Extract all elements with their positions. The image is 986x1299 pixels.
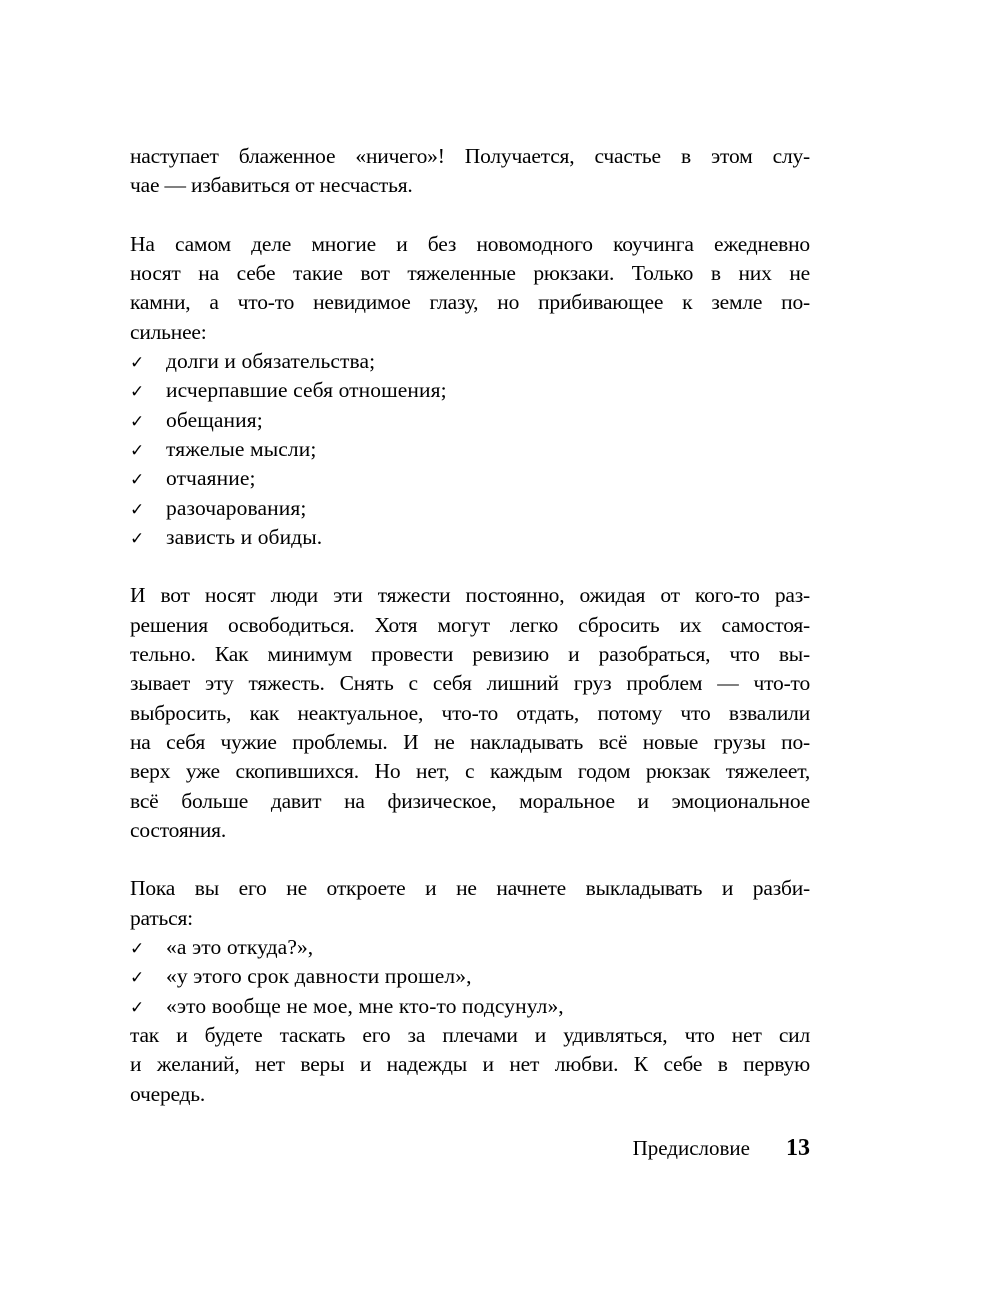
text-line: чае — избавиться от несчастья. [130, 171, 810, 200]
checkmark-icon: ✓ [130, 408, 166, 437]
page-footer: Предисловие 13 [633, 1135, 810, 1162]
list-item-text: зависть и обиды. [166, 523, 322, 552]
list-item-text: «это вообще не мое, мне кто-то подсунул»… [166, 992, 564, 1021]
checkmark-icon: ✓ [130, 994, 166, 1023]
checkmark-icon: ✓ [130, 964, 166, 993]
text-line: выбросить, как неактуальное, что-то отда… [130, 699, 810, 728]
text-line: сильнее: [130, 318, 810, 347]
paragraph-2: На самом деле многие и без новомодного к… [130, 230, 810, 347]
text-line: раться: [130, 904, 810, 933]
checkmark-icon: ✓ [130, 466, 166, 495]
running-head: Предисловие [633, 1136, 750, 1161]
checkmark-icon: ✓ [130, 935, 166, 964]
page-number: 13 [786, 1135, 810, 1162]
checkmark-icon: ✓ [130, 496, 166, 525]
list-item: ✓ долги и обязательства; [130, 347, 810, 376]
paragraph-4-continuation: так и будете таскать его за плечами и уд… [130, 1021, 810, 1109]
list-item: ✓ «а это откуда?», [130, 933, 810, 962]
paragraph-4: Пока вы его не откроете и не начнете вык… [130, 874, 810, 933]
list-item: ✓ тяжелые мысли; [130, 435, 810, 464]
text-line: камни, а что-то невидимое глазу, но приб… [130, 288, 810, 317]
list-item-text: отчаяние; [166, 464, 256, 493]
list-item: ✓ отчаяние; [130, 464, 810, 493]
text-line: очередь. [130, 1080, 810, 1109]
book-page-body: наступает блаженное «ничего»! Получается… [130, 142, 810, 1109]
list-item: ✓ разочарования; [130, 494, 810, 523]
list-item: ✓ «это вообще не мое, мне кто-то подсуну… [130, 992, 810, 1021]
list-item: ✓ исчерпавшие себя отношения; [130, 376, 810, 405]
checkmark-icon: ✓ [130, 378, 166, 407]
list-item: ✓ «у этого срок давности прошел», [130, 962, 810, 991]
text-line: зывает эту тяжесть. Снять с себя лишний … [130, 669, 810, 698]
paragraph-1: наступает блаженное «ничего»! Получается… [130, 142, 810, 201]
list-item-text: обещания; [166, 406, 263, 435]
text-line: верх уже скопившихся. Но нет, с каждым г… [130, 757, 810, 786]
text-line: носят на себе такие вот тяжеленные рюкза… [130, 259, 810, 288]
questions-checklist: ✓ «а это откуда?», ✓ «у этого срок давно… [130, 933, 810, 1021]
list-item-text: исчерпавшие себя отношения; [166, 376, 447, 405]
checkmark-icon: ✓ [130, 525, 166, 554]
text-line: тельно. Как минимум провести ревизию и р… [130, 640, 810, 669]
text-line: И вот носят люди эти тяжести постоянно, … [130, 581, 810, 610]
text-line: на себя чужие проблемы. И не накладывать… [130, 728, 810, 757]
paragraph-gap [130, 845, 810, 874]
list-item-text: разочарования; [166, 494, 306, 523]
list-item-text: «у этого срок давности прошел», [166, 962, 472, 991]
text-line: так и будете таскать его за плечами и уд… [130, 1021, 810, 1050]
list-item-text: «а это откуда?», [166, 933, 313, 962]
checkmark-icon: ✓ [130, 349, 166, 378]
paragraph-3: И вот носят люди эти тяжести постоянно, … [130, 581, 810, 845]
list-item-text: тяжелые мысли; [166, 435, 316, 464]
burden-checklist: ✓ долги и обязательства; ✓ исчерпавшие с… [130, 347, 810, 552]
text-line: и желаний, нет веры и надежды и нет любв… [130, 1050, 810, 1079]
checkmark-icon: ✓ [130, 437, 166, 466]
text-line: решения освободиться. Хотя могут легко с… [130, 611, 810, 640]
text-line: Пока вы его не откроете и не начнете вык… [130, 874, 810, 903]
list-item: ✓ обещания; [130, 406, 810, 435]
text-line: состояния. [130, 816, 810, 845]
list-item: ✓ зависть и обиды. [130, 523, 810, 552]
paragraph-gap [130, 201, 810, 230]
text-line: наступает блаженное «ничего»! Получается… [130, 142, 810, 171]
paragraph-gap [130, 552, 810, 581]
text-line: всё больше давит на физическое, морально… [130, 787, 810, 816]
text-line: На самом деле многие и без новомодного к… [130, 230, 810, 259]
list-item-text: долги и обязательства; [166, 347, 375, 376]
